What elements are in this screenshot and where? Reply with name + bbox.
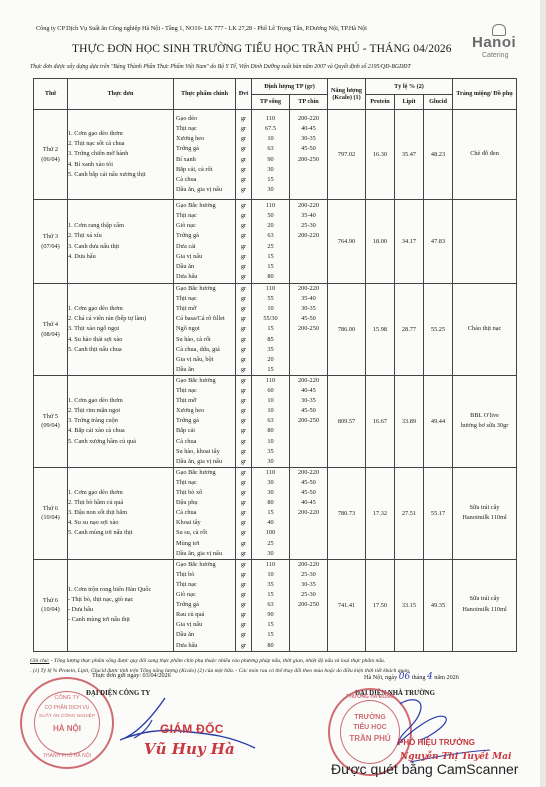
food-unit: gr [236, 528, 251, 538]
food-unit: gr [236, 580, 251, 590]
food-unit-cell: grgrgrgrgrgrgrgrgr [236, 559, 252, 651]
food-raw-qty-cell: 1106010106380103530 [252, 376, 290, 468]
food-cooked-qty: 40-45 [290, 124, 327, 134]
dish-item: 4. Su hào thái sợi xào [68, 335, 173, 345]
food-unit: gr [236, 211, 251, 221]
food-name: Xương heo [174, 406, 235, 416]
food-cooked-qty [290, 549, 327, 559]
energy-value: 786.00 [328, 284, 366, 376]
dish-item: 3. Canh dưa nấu thịt [68, 242, 173, 252]
food-raw-qty: 63 [252, 231, 289, 241]
food-cooked-qty: 40-45 [290, 498, 327, 508]
place-prefix: Hà Nội, ngày [364, 674, 397, 681]
food-cooked-qty [290, 620, 327, 630]
food-name: Thịt nạc [174, 478, 235, 488]
food-raw-qty: 110 [252, 468, 289, 478]
food-unit: gr [236, 437, 251, 447]
dish-item: 4. Su su nạo sợi xào [68, 518, 173, 528]
food-cooked-qty [290, 345, 327, 355]
food-raw-qty: 10 [252, 437, 289, 447]
food-name-cell: Gạo Bắc hươngThịt nạcThịt mỡCá basa/Cá r… [174, 284, 236, 376]
dish-item: 2. Thịt bò hầm củ quả [68, 498, 173, 508]
dish-item: 3. Trứng chiên mỡ hành [68, 149, 173, 159]
dessert-cell: Sữa trái câyHanoimilk 110ml [453, 467, 517, 559]
food-cooked-qty [290, 518, 327, 528]
food-unit: gr [236, 539, 251, 549]
food-raw-qty-cell: 11067.5106390301530 [252, 110, 290, 200]
glucid-value: 49.35 [424, 559, 453, 651]
food-raw-qty: 85 [252, 335, 289, 345]
school-role: PHÓ HIỆU TRƯỞNG [398, 738, 475, 747]
food-raw-qty: 80 [252, 272, 289, 282]
food-name: Thịt nạc [174, 294, 235, 304]
lipid-value: 34.17 [395, 200, 424, 284]
food-name: Mùng tơi [174, 539, 235, 549]
dish-item: 1. Cơm trộn rong biển Hàn Quốc [68, 585, 173, 595]
food-unit: gr [236, 610, 251, 620]
food-unit: gr [236, 284, 251, 294]
day-name: Thứ 6 [34, 504, 67, 513]
food-name: Thịt nạc [174, 386, 235, 396]
place-date: Hà Nội, ngày 06 tháng 4 năm 2026 [364, 672, 459, 682]
dessert-item: hương bơ sữa 30gr [453, 421, 516, 432]
food-cooked-qty [290, 175, 327, 185]
food-name: Gạo Bắc hương [174, 560, 235, 570]
food-raw-qty: 50 [252, 211, 289, 221]
food-raw-qty: 40 [252, 518, 289, 528]
dishes-cell: 1. Cơm gạo dẻo thơm2. Thịt bò hầm củ quả… [68, 467, 174, 559]
food-name: Thịt nạc [174, 211, 235, 221]
food-name: Bắp cải [174, 426, 235, 436]
day-name: Thứ 6 [34, 596, 67, 605]
day-row: Thứ 6(10/04)1. Cơm gạo dẻo thơm2. Thịt b… [34, 467, 517, 559]
menu-document: Công ty CP Dịch Vụ Suất ăn Công nghiệp H… [0, 0, 540, 787]
food-name: Trứng gà [174, 600, 235, 610]
food-cooked-qty [290, 335, 327, 345]
food-raw-qty: 110 [252, 114, 289, 124]
food-unit: gr [236, 272, 251, 282]
food-cooked-qty: 30-35 [290, 396, 327, 406]
food-name: Thịt nạc [174, 124, 235, 134]
food-unit: gr [236, 314, 251, 324]
food-raw-qty: 15 [252, 252, 289, 262]
food-unit: gr [236, 570, 251, 580]
food-unit: gr [236, 518, 251, 528]
food-cooked-qty [290, 242, 327, 252]
food-cooked-qty [290, 272, 327, 282]
glucid-value: 49.44 [424, 376, 453, 468]
food-unit: gr [236, 221, 251, 231]
dessert-cell [453, 200, 517, 284]
food-unit: gr [236, 620, 251, 630]
food-cooked-qty: 200-220 [290, 201, 327, 211]
day-date: (10/04) [34, 513, 67, 522]
food-name-cell: Gạo Bắc hươngThịt nạcGiò nạcTrứng gàDưa … [174, 200, 236, 284]
food-cooked-qty: 200-250 [290, 600, 327, 610]
food-raw-qty: 15 [252, 175, 289, 185]
food-unit: gr [236, 304, 251, 314]
dish-item: 4. Bí xanh xào tỏi [68, 160, 173, 170]
food-name-cell: Gạo Bắc hươngThịt nạcThịt mỡXương heoTrứ… [174, 376, 236, 468]
notes-label: Ghi chú: [30, 658, 49, 664]
food-unit: gr [236, 175, 251, 185]
header-cooked: TP chín [290, 95, 328, 110]
food-raw-qty: 30 [252, 478, 289, 488]
food-name: Trứng gà [174, 144, 235, 154]
food-raw-qty: 30 [252, 457, 289, 467]
header-dessert: Tráng miệng/ Đồ phụ [453, 79, 517, 110]
dessert-item: Sữa trái cây [453, 594, 516, 605]
food-unit: gr [236, 252, 251, 262]
dish-item: 1. Cơm gạo dẻo thơm [68, 129, 173, 139]
header-quantity: Định lượng TP (gr) [252, 79, 328, 95]
food-raw-qty: 63 [252, 600, 289, 610]
food-cooked-qty: 200-250 [290, 416, 327, 426]
protein-value: 15.98 [366, 284, 395, 376]
food-cooked-qty-cell: 200-22035-4025-30200-220 [290, 200, 328, 284]
dish-item: 3. Đậu non sốt thịt băm [68, 508, 173, 518]
notes-line-2: . (1) Tỷ lệ % Protein, Lipit, Glucid đượ… [30, 666, 410, 676]
protein-value: 16.67 [366, 376, 395, 468]
dish-item: 4. Dưa hấu [68, 252, 173, 262]
food-raw-qty: 10 [252, 570, 289, 580]
company-address-line: Công ty CP Dịch Vụ Suất ăn Công nghiệp H… [36, 25, 367, 32]
day-row: Thứ 3(07/04)1. Cơm rang thập cẩm2. Thịt … [34, 200, 517, 284]
food-unit: gr [236, 406, 251, 416]
day-cell: Thứ 6(10/04) [34, 559, 68, 651]
food-unit: gr [236, 549, 251, 559]
food-raw-qty: 35 [252, 580, 289, 590]
food-unit: gr [236, 144, 251, 154]
food-raw-qty: 10 [252, 304, 289, 314]
food-raw-qty: 100 [252, 528, 289, 538]
food-name: Dầu ăn [174, 630, 235, 640]
protein-value: 16.30 [366, 110, 395, 200]
food-raw-qty: 80 [252, 426, 289, 436]
food-unit: gr [236, 114, 251, 124]
food-cooked-qty [290, 610, 327, 620]
food-raw-qty: 25 [252, 242, 289, 252]
dish-item: - Dưa hấu [68, 605, 173, 615]
day-row: Thứ 2(06/04)1. Cơm gạo dẻo thơm2. Thịt n… [34, 110, 517, 200]
food-raw-qty: 15 [252, 262, 289, 272]
food-cooked-qty [290, 630, 327, 640]
dish-item: 2. Chả cá viên rán (bếp tự làm) [68, 314, 173, 324]
energy-value: 780.73 [328, 467, 366, 559]
header-protein: Protein [366, 95, 395, 110]
dessert-item: BBL O'live [453, 411, 516, 422]
day-name: Thứ 3 [34, 232, 67, 241]
day-cell: Thứ 4(08/04) [34, 284, 68, 376]
food-name: Cà chua [174, 175, 235, 185]
dishes-cell: 1. Cơm gạo dẻo thơm2. Thịt nạc sốt cà ch… [68, 110, 174, 200]
food-unit: gr [236, 155, 251, 165]
food-unit: gr [236, 498, 251, 508]
food-unit: gr [236, 641, 251, 651]
lipid-value: 33.15 [395, 559, 424, 651]
food-cooked-qty: 25-30 [290, 590, 327, 600]
food-raw-qty: 67.5 [252, 124, 289, 134]
dessert-item: Sữa trái cây [453, 503, 516, 514]
food-cooked-qty-cell: 200-22040-4530-3545-50200-250 [290, 110, 328, 200]
header-glucid: Glucid [424, 95, 453, 110]
food-name: Dầu ăn [174, 262, 235, 272]
food-raw-qty: 90 [252, 610, 289, 620]
food-raw-qty-cell: 11050206325151580 [252, 200, 290, 284]
dish-item: 1. Cơm gạo dẻo thơm [68, 304, 173, 314]
dish-item: 1. Cơm rang thập cẩm [68, 221, 173, 231]
food-unit: gr [236, 468, 251, 478]
header-raw: TP sống [252, 95, 290, 110]
food-unit-cell: grgrgrgrgrgrgrgr [236, 200, 252, 284]
food-unit: gr [236, 590, 251, 600]
food-cooked-qty-cell: 200-22040-4530-3545-50200-250 [290, 376, 328, 468]
food-raw-qty: 80 [252, 641, 289, 651]
stamp-text: THÀNH PHỐ HÀ NỘI [22, 753, 112, 759]
dish-item: 2. Thịt rim mặn ngọt [68, 406, 173, 416]
handwritten-month: 4 [427, 672, 433, 682]
food-name: Gạo Bắc hương [174, 468, 235, 478]
day-row: Thứ 4(08/04)1. Cơm gạo dẻo thơm2. Chả cá… [34, 284, 517, 376]
food-cooked-qty [290, 355, 327, 365]
food-raw-qty: 15 [252, 630, 289, 640]
food-raw-qty: 55/30 [252, 314, 289, 324]
food-raw-qty: 60 [252, 386, 289, 396]
dishes-cell: 1. Cơm gạo dẻo thơm2. Chả cá viên rán (b… [68, 284, 174, 376]
food-cooked-qty: 35-40 [290, 211, 327, 221]
food-name-cell: Gạo Bắc hươngThịt nạcThịt bò xôĐậu phụCà… [174, 467, 236, 559]
food-raw-qty: 20 [252, 355, 289, 365]
food-raw-qty: 30 [252, 165, 289, 175]
dish-item: 5. Canh thịt nấu chua [68, 345, 173, 355]
food-raw-qty: 20 [252, 221, 289, 231]
food-unit-cell: grgrgrgrgrgrgrgr [236, 110, 252, 200]
header-energy: Năng lượng (Kcalo) (1) [328, 79, 366, 110]
food-cooked-qty: 30-35 [290, 304, 327, 314]
food-unit: gr [236, 134, 251, 144]
dessert-item: Cháo thịt nạc [453, 324, 516, 335]
food-name: Gạo Bắc hương [174, 284, 235, 294]
food-cooked-qty: 30-35 [290, 580, 327, 590]
food-unit: gr [236, 124, 251, 134]
day-cell: Thứ 6(10/04) [34, 467, 68, 559]
food-raw-qty: 10 [252, 396, 289, 406]
food-name: Dầu ăn [174, 365, 235, 375]
food-cooked-qty [290, 185, 327, 195]
menu-table: Thứ Thực đơn Thực phẩm chính Đvt Định lư… [33, 78, 517, 652]
food-unit: gr [236, 478, 251, 488]
food-name: Trứng gà [174, 231, 235, 241]
dishes-cell: 1. Cơm gạo dẻo thơm2. Thịt rim mặn ngọt3… [68, 376, 174, 468]
food-name: Xương heo [174, 134, 235, 144]
food-cooked-qty [290, 447, 327, 457]
day-name: Thứ 2 [34, 145, 67, 154]
dessert-cell: Cháo thịt nạc [453, 284, 517, 376]
food-unit: gr [236, 185, 251, 195]
food-name: Đậu phụ [174, 498, 235, 508]
protein-value: 18.00 [366, 200, 395, 284]
food-unit: gr [236, 386, 251, 396]
food-raw-qty-cell: 1101035156390151580 [252, 559, 290, 651]
food-raw-qty: 80 [252, 498, 289, 508]
food-cooked-qty: 200-220 [290, 560, 327, 570]
food-name: Bắp cải, cà rốt [174, 165, 235, 175]
day-date: (08/04) [34, 330, 67, 339]
food-name: Rau củ quả [174, 610, 235, 620]
food-cooked-qty: 45-50 [290, 144, 327, 154]
food-raw-qty: 110 [252, 284, 289, 294]
food-name: Thịt nạc [174, 580, 235, 590]
food-cooked-qty: 40-45 [290, 386, 327, 396]
day-cell: Thứ 5(09/04) [34, 376, 68, 468]
logo-subtitle: Catering [482, 52, 508, 59]
food-cooked-qty: 35-40 [290, 294, 327, 304]
header-lipid: Lipit [395, 95, 424, 110]
header-day: Thứ [34, 79, 68, 110]
food-cooked-qty [290, 539, 327, 549]
food-raw-qty: 15 [252, 620, 289, 630]
dish-item: 2. Thịt nạc sốt cà chua [68, 139, 173, 149]
scan-edge [540, 0, 546, 787]
food-raw-qty: 30 [252, 488, 289, 498]
food-name: Dầu ăn, gia vị nấu [174, 549, 235, 559]
food-raw-qty: 10 [252, 134, 289, 144]
food-unit: gr [236, 426, 251, 436]
notes-line-1: - Tổng lượng thực phẩm sống được quy đổi… [49, 658, 385, 664]
food-name: Su su, cà rốt [174, 528, 235, 538]
food-name: Dưa hấu [174, 272, 235, 282]
logo-brand: Hanoi [472, 34, 516, 51]
food-name: Dầu ăn, gia vị nấu [174, 185, 235, 195]
food-cooked-qty: 200-220 [290, 376, 327, 386]
dish-item: 5. Canh mùng tơi nấu thịt [68, 528, 173, 538]
energy-value: 764.90 [328, 200, 366, 284]
food-cooked-qty [290, 262, 327, 272]
dish-item: 5. Canh xương hầm củ quả [68, 437, 173, 447]
food-name: Bí xanh [174, 155, 235, 165]
food-cooked-qty: 45-50 [290, 478, 327, 488]
glucid-value: 55.25 [424, 284, 453, 376]
day-date: (09/04) [34, 421, 67, 430]
food-raw-qty: 15 [252, 365, 289, 375]
food-cooked-qty [290, 365, 327, 375]
food-raw-qty: 10 [252, 406, 289, 416]
food-name: Gia vị nấu [174, 252, 235, 262]
food-raw-qty: 55 [252, 294, 289, 304]
food-name: Ngô ngọt [174, 324, 235, 334]
dish-item: 4. Bắp cải xào cà chua [68, 426, 173, 436]
food-unit: gr [236, 345, 251, 355]
food-unit: gr [236, 447, 251, 457]
handwritten-day: 06 [399, 672, 410, 682]
lipid-value: 35.47 [395, 110, 424, 200]
food-raw-qty-cell: 110551055/301585352015 [252, 284, 290, 376]
glucid-value: 55.17 [424, 467, 453, 559]
food-name: Giò nạc [174, 221, 235, 231]
dessert-item: Hanoimilk 110ml [453, 513, 516, 524]
camscanner-watermark: Được quét bằng CamScanner [331, 761, 518, 777]
food-raw-qty: 90 [252, 155, 289, 165]
header-ratio: Tỷ lệ % (2) [366, 79, 453, 95]
food-name: Dưa cải [174, 242, 235, 252]
food-cooked-qty: 200-220 [290, 114, 327, 124]
food-cooked-qty: 30-35 [290, 134, 327, 144]
food-name: Trứng gà [174, 416, 235, 426]
glucid-value: 48.23 [424, 110, 453, 200]
food-cooked-qty [290, 641, 327, 651]
food-name: Cà chua [174, 508, 235, 518]
food-unit: gr [236, 231, 251, 241]
food-unit: gr [236, 324, 251, 334]
food-name-cell: Gạo Bắc hươngThịt bòThịt nạcGiò nạcTrứng… [174, 559, 236, 651]
food-cooked-qty-cell: 200-22045-5045-5040-45200-220 [290, 467, 328, 559]
food-cooked-qty: 200-250 [290, 155, 327, 165]
food-name-cell: Gạo dẻoThịt nạcXương heoTrứng gàBí xanhB… [174, 110, 236, 200]
hanoi-catering-logo: Hanoi Catering [470, 26, 530, 58]
protein-value: 17.50 [366, 559, 395, 651]
year-text: năm 2026 [434, 674, 459, 681]
food-raw-qty: 110 [252, 201, 289, 211]
food-unit: gr [236, 396, 251, 406]
food-cooked-qty: 45-50 [290, 488, 327, 498]
energy-value: 809.57 [328, 376, 366, 468]
dish-item: 3. Thịt xào ngô ngọt [68, 324, 173, 334]
day-cell: Thứ 2(06/04) [34, 110, 68, 200]
header-main-food: Thực phẩm chính [174, 79, 236, 110]
food-cooked-qty [290, 457, 327, 467]
protein-value: 17.32 [366, 467, 395, 559]
food-cooked-qty [290, 252, 327, 262]
day-date: (06/04) [34, 155, 67, 164]
food-raw-qty: 110 [252, 376, 289, 386]
food-raw-qty: 63 [252, 144, 289, 154]
food-name: Cá basa/Cá rô fillet [174, 314, 235, 324]
food-cooked-qty: 200-220 [290, 508, 327, 518]
food-unit: gr [236, 508, 251, 518]
dishes-cell: 1. Cơm rang thập cẩm2. Thịt xá xíu3. Can… [68, 200, 174, 284]
sent-date: Thực đơn gửi ngày: 03/04/2026 [92, 672, 171, 679]
day-date: (07/04) [34, 242, 67, 251]
food-raw-qty-cell: 11030308015401002530 [252, 467, 290, 559]
day-name: Thứ 5 [34, 412, 67, 421]
food-name: Khoai tây [174, 518, 235, 528]
food-cooked-qty: 45-50 [290, 406, 327, 416]
food-raw-qty: 35 [252, 447, 289, 457]
food-name: Gạo Bắc hương [174, 201, 235, 211]
food-unit: gr [236, 294, 251, 304]
day-cell: Thứ 3(07/04) [34, 200, 68, 284]
food-unit: gr [236, 201, 251, 211]
day-row: Thứ 6(10/04)1. Cơm trộn rong biển Hàn Qu… [34, 559, 517, 651]
food-raw-qty: 30 [252, 549, 289, 559]
food-cooked-qty [290, 426, 327, 436]
notes: Ghi chú: - Tổng lượng thực phẩm sống đượ… [30, 656, 410, 676]
food-cooked-qty: 25-30 [290, 570, 327, 580]
dish-item: 2. Thịt xá xíu [68, 231, 173, 241]
dessert-cell: BBL O'livehương bơ sữa 30gr [453, 376, 517, 468]
food-unit: gr [236, 365, 251, 375]
food-cooked-qty [290, 165, 327, 175]
food-name: Gạo Bắc hương [174, 376, 235, 386]
lipid-value: 33.89 [395, 376, 424, 468]
food-unit-cell: grgrgrgrgrgrgrgrgr [236, 376, 252, 468]
food-raw-qty: 110 [252, 560, 289, 570]
food-raw-qty: 30 [252, 185, 289, 195]
food-cooked-qty: 200-220 [290, 231, 327, 241]
food-cooked-qty-cell: 200-22035-4030-3545-50200-250 [290, 284, 328, 376]
food-cooked-qty: 200-250 [290, 324, 327, 334]
month-label: tháng [412, 674, 426, 681]
